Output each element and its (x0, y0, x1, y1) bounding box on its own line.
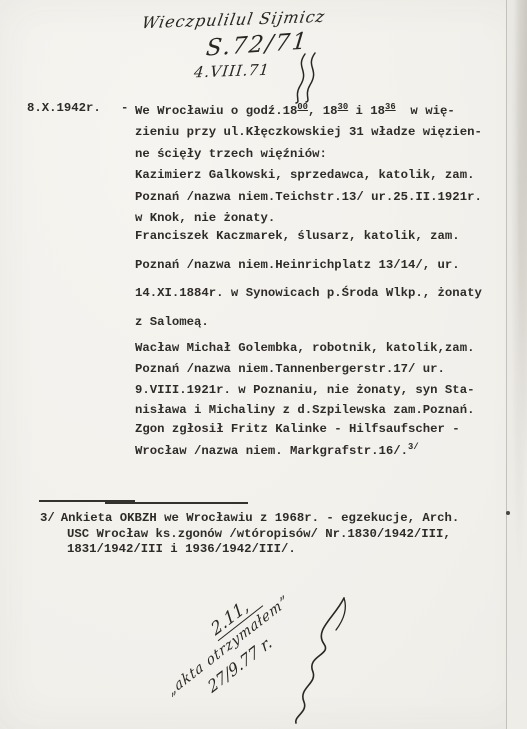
typed-line: Poznań /nazwa niem.Tannenbergerstr.17/ u… (135, 359, 474, 380)
double-loop-paraph-icon (286, 52, 322, 106)
paragraph: Franciszek Kaczmarek, ślusarz, katolik, … (135, 222, 482, 336)
typed-line: Wacław Michał Golembka, robotnik, katoli… (135, 338, 474, 359)
typed-line: z Salomeą. (135, 308, 482, 337)
typed-line: We Wrocławiu o godź.1800, 1830 i 1836 w … (135, 101, 482, 122)
entry-date: 8.X.1942r. (27, 101, 101, 115)
typed-line: Kazimierz Galkowski, sprzedawca, katolik… (135, 165, 482, 186)
handwritten-date: 4.VIII.71 (193, 61, 271, 82)
typed-line: Poznań /nazwa niem.Teichstr.13/ ur.25.II… (135, 187, 482, 208)
footnote-marker: 3/ (40, 511, 55, 525)
paragraph: Zgon zgłosił Fritz Kalinke - Hilfsaufsch… (135, 418, 460, 462)
typed-line: ne ścięły trzech więźniów: (135, 144, 482, 165)
footnote-rule (39, 500, 248, 504)
footnote-text: Ankieta OKBZH we Wrocławiu z 1968r. - eg… (61, 511, 459, 525)
typed-line: Zgon zgłosił Fritz Kalinke - Hilfsaufsch… (135, 418, 460, 440)
footnote-line: USC Wrocław ks.zgonów /wtóropisów/ Nr.18… (40, 527, 500, 543)
signature-flourish-icon (278, 596, 374, 726)
footnote-line: 3/Ankieta OKBZH we Wrocławiu z 1968r. - … (40, 511, 500, 527)
paragraph: We Wrocławiu o godź.1800, 1830 i 1836 w … (135, 101, 482, 229)
entry-separator: - (121, 101, 128, 115)
typed-line: Wrocław /nazwa niem. Markgrafstr.16/.3/ (135, 440, 460, 462)
typed-line: Poznań /nazwa niem.Heinrichplatz 13/14/,… (135, 251, 482, 280)
document-scan: Wieczpulilul Sijmicz S.72/71 4.VIII.71 8… (0, 0, 527, 729)
typed-line: zieniu przy ul.Kłęczkowskiej 31 władze w… (135, 122, 482, 143)
paragraph: Wacław Michał Golembka, robotnik, katoli… (135, 338, 474, 421)
typed-line: Franciszek Kaczmarek, ślusarz, katolik, … (135, 222, 482, 251)
footnote-line: 1831/1942/III i 1936/1942/III/. (40, 542, 500, 558)
typed-line: 14.XI.1884r. w Synowicach p.Środa Wlkp.,… (135, 279, 482, 308)
scan-edge-strip (506, 0, 527, 729)
footnote-lines: 3/Ankieta OKBZH we Wrocławiu z 1968r. - … (40, 511, 500, 558)
typed-line: 9.VIII.1921r. w Poznaniu, nie żonaty, sy… (135, 380, 474, 401)
ink-speck (506, 511, 510, 515)
footnote: 3/Ankieta OKBZH we Wrocławiu z 1968r. - … (40, 511, 500, 558)
